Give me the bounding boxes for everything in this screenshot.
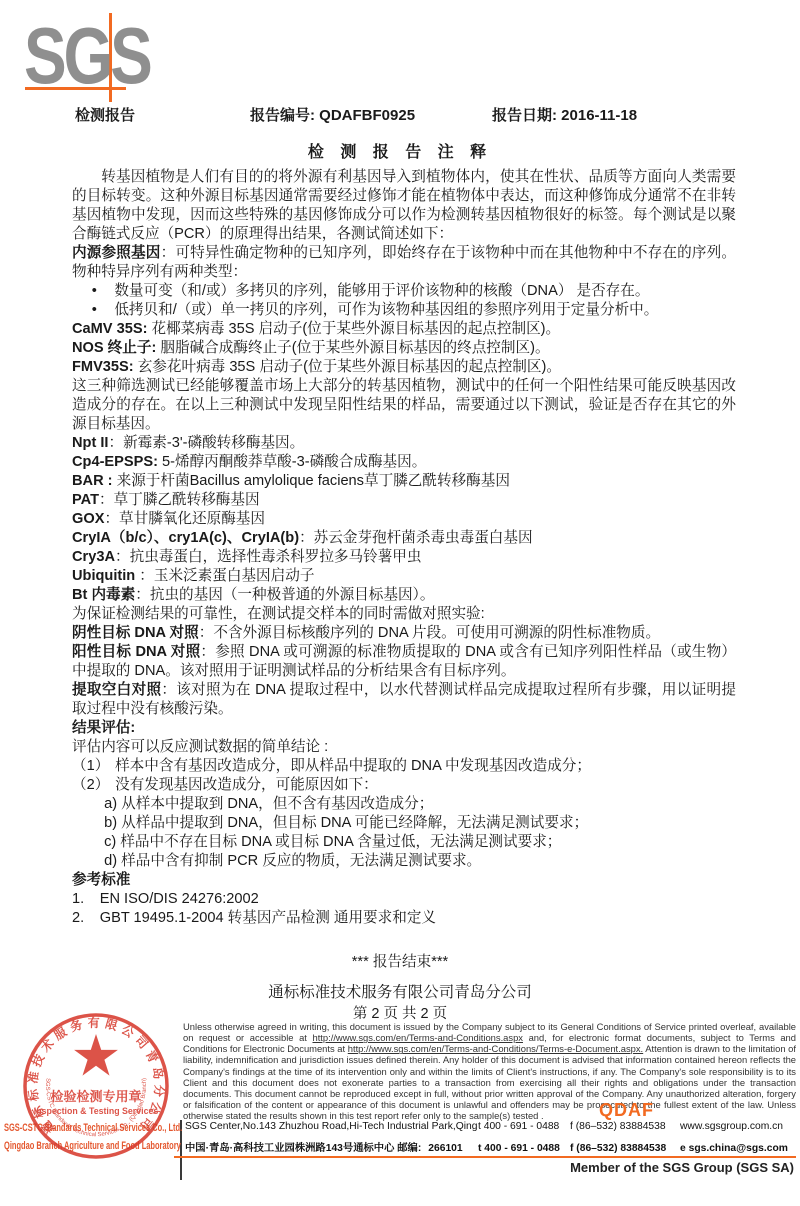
body-line: BAR : 来源于杆菌Bacillus amylolique faciens草丁…: [72, 472, 736, 491]
body-line: 低拷贝和/（或）单一拷贝的序列，可作为该物种基因组的参照序列用于定量分析中。: [72, 301, 736, 320]
sgs-logo: SGS: [24, 16, 150, 96]
body-line: 2.GBT 19495.1-2004 转基因产品检测 通用要求和定义: [72, 909, 736, 928]
body-line: FMV35S: 玄参花叶病毒 35S 启动子(位于某些外源目标基因的起点控制区)…: [72, 358, 736, 377]
fax-number-cn: f (86–532) 83884538: [570, 1143, 680, 1154]
body-line: CryIA（b/c）、cry1A(c)、CryIA(b)：苏云金芽孢杆菌杀毒虫毒…: [72, 529, 736, 548]
fax-number: f (86–532) 83884538: [570, 1121, 680, 1132]
body-line: Cp4-EPSPS: 5-烯醇丙酮酸莽草酸-3-磷酸合成酶基因。: [72, 453, 736, 472]
body-line: 阴性目标 DNA 对照：不含外源目标核酸序列的 DNA 片段。可使用可溯源的阴性…: [72, 624, 736, 643]
report-header: 检测报告 报告编号: QDAFBF0925 报告日期: 2016-11-18: [0, 104, 800, 124]
body-line: c) 样品中不存在目标 DNA 或目标 DNA 含量过低，无法满足测试要求；: [72, 833, 736, 852]
address-cn: 中国·青岛·高科技工业园株洲路143号通标中心 邮编:: [185, 1143, 421, 1154]
report-number: 报告编号: QDAFBF0925: [250, 104, 415, 125]
body-line: Npt II：新霉素-3'-磷酸转移酶基因。: [72, 434, 736, 453]
body-line: 内源参照基因：可特异性确定物种的已知序列，即始终存在于该物种中而在其他物种中不存…: [72, 244, 736, 282]
report-end-marker: *** 报告结束***: [0, 950, 800, 971]
star-icon: [74, 1034, 118, 1076]
doc-type-label: 检测报告: [75, 104, 135, 125]
phone-number: t 400 - 691 - 0488: [478, 1121, 570, 1132]
body-line: 这三种筛选测试已经能够覆盖市场上大部分的转基因植物，测试中的任何一个阳性结果可能…: [72, 377, 736, 434]
body-line: CaMV 35S: 花椰菜病毒 35S 启动子(位于某些外源目标基因的起点控制区…: [72, 320, 736, 339]
body-line: d) 样品中含有抑制 PCR 反应的物质，无法满足测试要求。: [72, 852, 736, 871]
terms-e-document-link[interactable]: http://www.sgs.com/en/Terms-and-Conditio…: [348, 1043, 643, 1054]
body-line: 评估内容可以反应测试数据的简单结论 :: [72, 738, 736, 757]
address-row-cn: 中国·青岛·高科技工业园株洲路143号通标中心 邮编:266101 t 400 …: [185, 1139, 796, 1157]
body-line: 提取空白对照：该对照为在 DNA 提取过程中，以水代替测试样品完成提取过程所有步…: [72, 681, 736, 719]
body-line: 数量可变（和/或）多拷贝的序列，能够用于评价该物种的核酸（DNA） 是否存在。: [72, 282, 736, 301]
body-line: NOS 终止子: 胭脂碱合成酶终止子(位于某些外源目标基因的终点控制区)。: [72, 339, 736, 358]
report-date: 报告日期: 2016-11-18: [492, 104, 637, 125]
body-line: 结果评估:: [72, 719, 736, 738]
body-line: GOX：草甘膦氧化还原酶基因: [72, 510, 736, 529]
footer-horizontal-rule: [174, 1156, 796, 1158]
qdaf-code: QDAF: [599, 1100, 654, 1121]
body-line: （2）没有发现基因改造成分，可能原因如下：: [72, 776, 736, 795]
body-line: Ubiquitin ：玉米泛素蛋白基因启动子: [72, 567, 736, 586]
address-block: SGS Center,No.143 Zhuzhou Road,Hi-Tech I…: [185, 1121, 796, 1156]
seal-center-cn: 检验检测专用章: [50, 1089, 141, 1104]
phone-number-cn: t 400 - 691 - 0488: [478, 1143, 570, 1154]
inspection-seal-stamp: 通标标准技术服务有限公司青岛分公司 检验检测专用章 Inspection & T…: [5, 995, 187, 1177]
body-line: 转基因植物是人们有目的的将外源有利基因导入到植物体内，使其在性状、品质等方面向人…: [72, 168, 736, 244]
sgs-member-text: Member of the SGS Group (SGS SA): [570, 1160, 794, 1175]
body-line: 阳性目标 DNA 对照：参照 DNA 或可溯源的标准物质提取的 DNA 或含有已…: [72, 643, 736, 681]
body-line: （1）样本中含有基因改造成分，即从样品中提取的 DNA 中发现基因改造成分；: [72, 757, 736, 776]
address-en: SGS Center,No.143 Zhuzhou Road,Hi-Tech I…: [185, 1121, 478, 1132]
website-link[interactable]: www.sgsgroup.com.cn: [680, 1121, 796, 1132]
terms-link[interactable]: http://www.sgs.com/en/Terms-and-Conditio…: [312, 1032, 523, 1043]
body-line: 1.EN ISO/DIS 24276:2002: [72, 890, 736, 909]
body-line: PAT：草丁膦乙酰转移酶基因: [72, 491, 736, 510]
body-line: a) 从样本中提取到 DNA，但不含有基因改造成分；: [72, 795, 736, 814]
body-line: Bt 内毒素：抗虫的基因（一种极普通的外源目标基因）。: [72, 586, 736, 605]
body-line: Cry3A：抗虫毒蛋白，选择性毒杀科罗拉多马铃薯甲虫: [72, 548, 736, 567]
email-link[interactable]: e sgs.china@sgs.com: [680, 1143, 796, 1154]
legal-disclaimer: Unless otherwise agreed in writing, this…: [183, 1021, 796, 1121]
postal-code-cn: 266101: [428, 1143, 462, 1154]
address-row-en: SGS Center,No.143 Zhuzhou Road,Hi-Tech I…: [185, 1121, 796, 1139]
body-line: b) 从样品中提取到 DNA，但目标 DNA 可能已经降解，无法满足测试要求；: [72, 814, 736, 833]
body-line: 参考标准: [72, 871, 736, 890]
body-line: 为保证检测结果的可靠性，在测试提交样本的同时需做对照实验:: [72, 605, 736, 624]
page-title: 检 测 报 告 注 释: [0, 139, 800, 162]
report-body: 转基因植物是人们有目的的将外源有利基因导入到植物体内，使其在性状、品质等方面向人…: [72, 168, 736, 928]
